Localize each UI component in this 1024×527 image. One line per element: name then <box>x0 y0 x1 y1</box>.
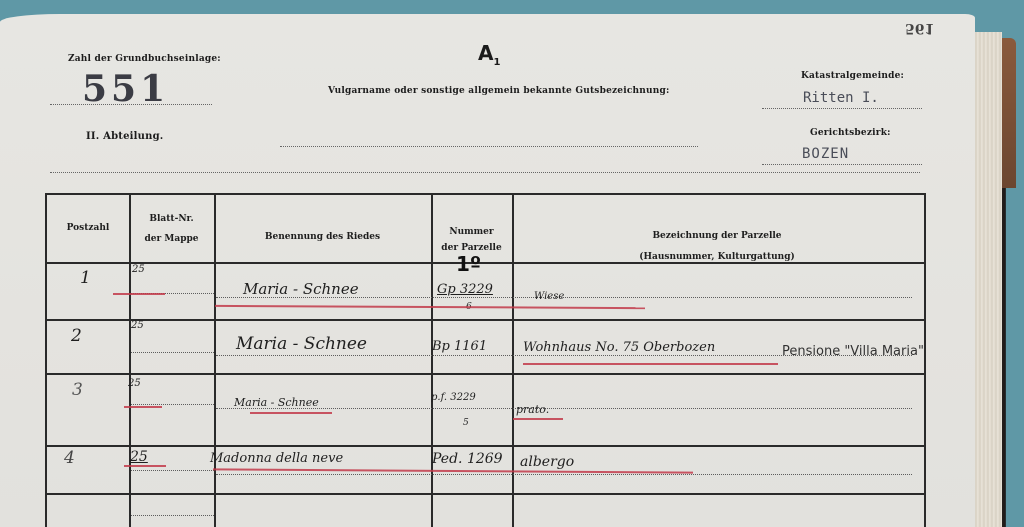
sub-line <box>131 470 214 472</box>
sheet-title: A1 <box>478 41 500 68</box>
row3-ried: Maria - Schnee <box>234 396 319 409</box>
row4-ried: Madonna della neve <box>210 451 343 466</box>
row3-parzelle-sub: 5 <box>463 418 469 428</box>
row1-bezeichnung: Wiese <box>534 291 564 302</box>
red-underline <box>124 465 166 467</box>
red-underline <box>113 293 165 295</box>
row1-parzelle: Gp 3229 <box>437 282 493 297</box>
entry-number-line <box>50 104 212 106</box>
row2-bezeichnung-extra: Pensione "Villa Maria" <box>782 344 924 359</box>
row4-blatt: 25 <box>130 449 148 465</box>
red-underline <box>250 412 332 414</box>
row1-postzahl: 1 <box>80 268 91 288</box>
sub-line <box>131 352 214 354</box>
court-district-line <box>762 164 922 166</box>
row-divider <box>47 319 924 321</box>
vulgar-name-line <box>280 146 698 148</box>
cadastral-municipality-line <box>762 108 922 110</box>
row3-postzahl: 3 <box>72 380 83 400</box>
row2-blatt: 25 <box>131 320 144 331</box>
row-divider <box>47 373 924 375</box>
red-underline <box>513 418 563 420</box>
sub-line <box>216 474 912 476</box>
sheet-title-subscript: 1 <box>493 57 500 68</box>
red-underline <box>124 406 162 408</box>
row2-postzahl: 2 <box>71 326 82 346</box>
column-header-bezeichnung-line2: (Hausnummer, Kulturgattung) <box>512 249 922 265</box>
row3-blatt: 25 <box>128 378 141 389</box>
row1-ried: Maria - Schnee <box>243 280 359 298</box>
cadastral-municipality-value: Ritten I. <box>803 90 879 106</box>
column-header-marker: 1º <box>456 252 481 276</box>
sub-line <box>131 515 214 517</box>
cadastral-municipality-label: Katastralgemeinde: <box>801 71 904 81</box>
row2-ried: Maria - Schnee <box>236 334 367 354</box>
row1-blatt: 25 <box>132 264 145 275</box>
sub-line <box>216 408 912 410</box>
row4-parzelle: Ped. 1269 <box>432 451 503 467</box>
row-divider <box>47 445 924 447</box>
row-divider <box>47 493 924 495</box>
red-underline <box>523 363 778 365</box>
sheet-title-letter: A <box>478 41 493 65</box>
page-number: 561 <box>905 20 934 36</box>
row2-parzelle: Bp 1161 <box>432 339 487 354</box>
row3-parzelle: p.f. 3229 <box>431 392 476 403</box>
column-header-postzahl: Postzahl <box>47 220 129 236</box>
column-divider <box>512 195 514 527</box>
row3-bezeichnung: prato. <box>516 403 549 416</box>
column-header-blatt: Blatt-Nr. <box>129 211 214 227</box>
header-divider <box>50 172 920 174</box>
row4-bezeichnung: albergo <box>520 454 574 470</box>
entry-number-label: Zahl der Grundbuchseinlage: <box>68 54 221 64</box>
column-header-bezeichnung: Bezeichnung der Parzelle <box>512 228 922 244</box>
column-header-parzelle: Nummer <box>431 224 512 240</box>
row4-postzahl: 4 <box>64 448 75 468</box>
row2-bezeichnung: Wohnhaus No. 75 Oberbozen <box>523 340 715 355</box>
column-header-ried: Benennung des Riedes <box>214 229 431 245</box>
column-header-blatt-line2: der Mappe <box>129 231 214 247</box>
court-district-value: BOZEN <box>802 146 849 162</box>
vulgar-name-label: Vulgarname oder sonstige allgemein bekan… <box>328 86 670 96</box>
section-label: II. Abteilung. <box>86 131 163 142</box>
court-district-label: Gerichtsbezirk: <box>810 128 891 138</box>
